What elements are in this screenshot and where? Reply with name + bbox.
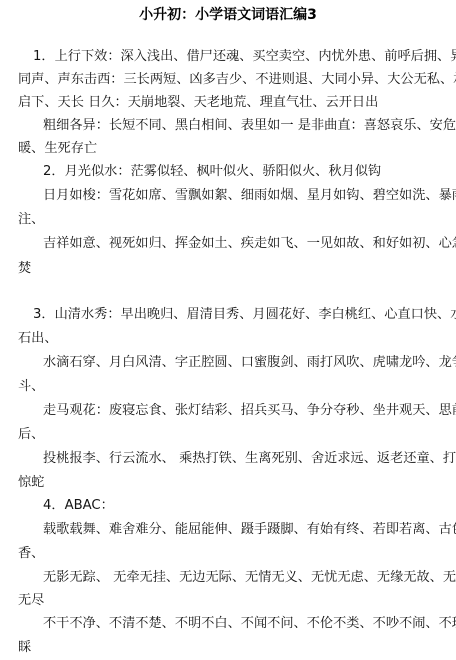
text-line: 同声、声东击西：三长两短、凶多吉少、不进则退、大同小异、大公无私、承上 [18,72,456,88]
text-line: 投桃报李、行云流水、 乘热打铁、生离死别、舍近求远、返老还童、打草 [43,451,456,467]
text-line: 4．ABAC： [43,498,114,514]
text-line: 焚 [18,261,31,277]
text-line: 吉祥如意、视死如归、挥金如土、疾走如飞、一见如故、和好如初、心急如 [43,236,456,252]
text-line: 走马观花：废寝忘食、张灯结彩、招兵买马、争分夺秒、坐井观天、思前顾 [43,403,456,419]
text-line: 启下、天长 日久：天崩地裂、天老地荒、理直气壮、云开日出 [18,95,378,111]
text-line: 注、 [18,212,44,228]
text-line: 日月如梭：雪花如席、雪飘如絮、细雨如烟、星月如钩、碧空如洗、暴雨如 [43,188,456,204]
text-line: 后、 [18,427,44,443]
text-line: 2．月光似水：茫雾似轻、枫叶似火、骄阳似火、秋月似钩 [43,164,381,180]
text-line: 粗细各异：长短不同、黑白相间、表里如一 是非曲直：喜怒哀乐、安危冷 [43,118,456,134]
text-line: 载歌载舞、难舍难分、能屈能伸、蹑手蹑脚、有始有终、若即若离、古色古 [43,522,456,538]
text-line: 水滴石穿、月白风清、字正腔圆、口蜜腹剑、雨打风吹、虎啸龙吟、龙争虎 [43,355,456,371]
text-line: 香、 [18,546,44,562]
text-line: 不干不净、不清不楚、不明不白、不闻不问、不伦不类、不吵不闹、不理不 [43,616,456,632]
text-line: 斗、 [18,379,44,395]
document-page: 小升初：小学语文词语汇编3 1．上行下效：深入浅出、借尸还魂、买空卖空、内忧外患… [0,0,456,660]
text-line: 无影无踪、 无牵无挂、无边无际、无情无义、无忧无虑、无缘无故、无穷 [43,570,456,586]
text-line: 暖、生死存亡 [18,141,97,157]
text-line: 1．上行下效：深入浅出、借尸还魂、买空卖空、内忧外患、前呼后拥、异口 [33,49,456,65]
text-line: 3．山清水秀：早出晚归、眉清目秀、月圆花好、李白桃红、心直口快、水落 [33,307,456,323]
text-line: 睬 [18,640,31,656]
text-line: 无尽 [18,593,44,609]
text-line: 惊蛇 [18,475,44,491]
text-line: 石出、 [18,331,58,347]
document-title: 小升初：小学语文词语汇编3 [0,4,456,24]
